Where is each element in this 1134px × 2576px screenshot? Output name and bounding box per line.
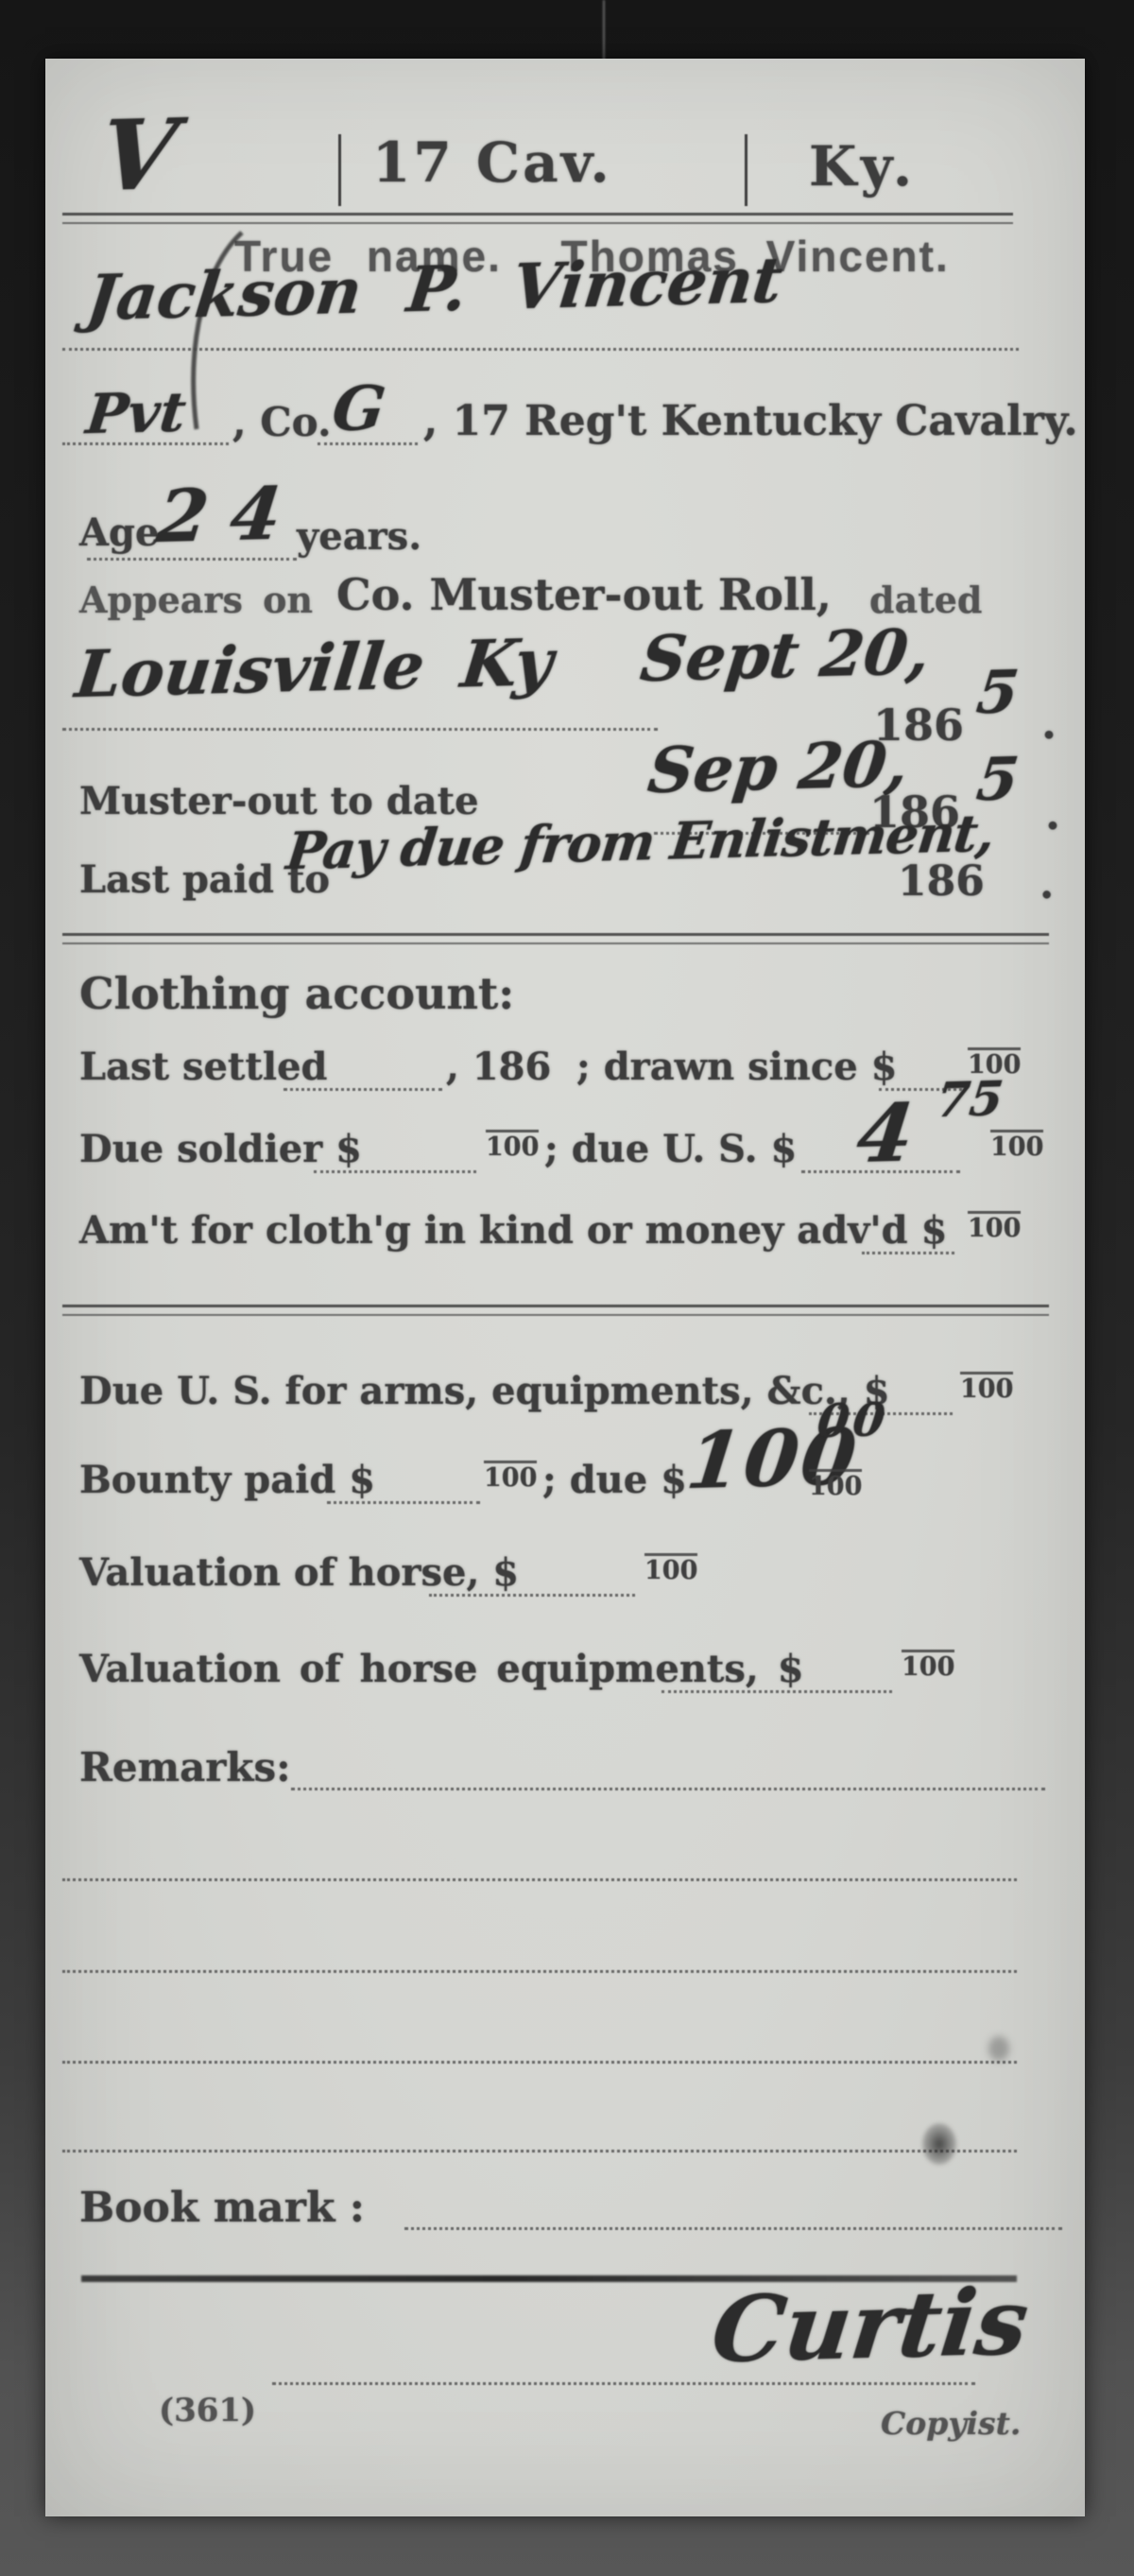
- date-script: Sept 20,: [637, 614, 934, 696]
- muster-period: .: [1045, 788, 1060, 839]
- date-period: .: [1041, 698, 1057, 749]
- drawn-since-label: ; drawn since $: [576, 1045, 897, 1089]
- header-state: Ky.: [809, 134, 919, 199]
- bounty-label: Bounty paid $: [79, 1458, 375, 1502]
- copyist-label: Copyist.: [881, 2405, 1021, 2442]
- age-value-script: 24: [153, 471, 308, 559]
- due-arms-frac: 100: [960, 1372, 1013, 1402]
- company-script: G: [329, 373, 388, 445]
- valuation-equip-dotted: [661, 1690, 892, 1693]
- book-mark-dotted: [404, 2227, 1062, 2230]
- regiment-label: , 17 Reg't Kentucky Cavalry.: [423, 397, 1078, 445]
- due-soldier-label: Due soldier $: [79, 1127, 362, 1171]
- valuation-horse-label: Valuation of horse, $: [79, 1550, 519, 1595]
- age-dotted: [87, 558, 297, 561]
- roll-title: Co. Muster-out Roll,: [336, 569, 832, 620]
- due-soldier-frac: 100: [486, 1130, 539, 1160]
- header-rule: [62, 213, 1013, 224]
- last-settled-label: Last settled: [79, 1045, 328, 1089]
- valuation-horse-frac: 100: [644, 1553, 697, 1583]
- due-soldier-dotted: [314, 1170, 476, 1173]
- header-divider-right: [745, 134, 747, 206]
- valuation-equip-frac: 100: [902, 1650, 954, 1680]
- due-us-amount-script: 4: [852, 1086, 919, 1181]
- bounty-frac1: 100: [484, 1461, 537, 1491]
- due-us-cents-script: 75: [934, 1070, 1006, 1128]
- last-paid-year: 186: [898, 857, 985, 906]
- valuation-equip-label: Valuation of horse equipments, $: [79, 1647, 804, 1691]
- company-dotted: [318, 442, 418, 445]
- book-mark-label: Book mark :: [79, 2184, 365, 2232]
- appears-label: Appears on: [79, 579, 313, 621]
- due-arms-label: Due U. S. for arms, equipments, &c., $: [79, 1369, 890, 1413]
- copyist-signature-script: Curtis: [707, 2268, 1034, 2383]
- header-unit: 17 Cav.: [372, 130, 612, 195]
- place-dotted: [62, 728, 658, 731]
- clothing-heading: Clothing account:: [79, 968, 514, 1019]
- ink-blot: [922, 2123, 956, 2165]
- due-us-label: ; due U. S. $: [544, 1127, 797, 1171]
- valuation-horse-dotted: [429, 1594, 635, 1597]
- amt-advanced-label: Am't for cloth'g in kind or money adv'd …: [79, 1208, 947, 1253]
- section-rule-1: [62, 933, 1049, 944]
- scan-background: V 17 Cav. Ky. True name. Thomas Vincent.…: [0, 0, 1134, 2576]
- due-us-frac: 100: [990, 1130, 1043, 1160]
- bounty-due-label: ; due $: [542, 1458, 687, 1502]
- ink-smudge: [988, 2036, 1009, 2061]
- last-paid-period: .: [1039, 860, 1054, 908]
- header-written-letter: V: [94, 98, 182, 214]
- remarks-dotted-5: [62, 2150, 1017, 2152]
- muster-card: V 17 Cav. Ky. True name. Thomas Vincent.…: [45, 59, 1085, 2516]
- bounty-dotted: [327, 1501, 480, 1504]
- age-label: Age: [79, 510, 159, 555]
- signature-dotted: [272, 2382, 975, 2385]
- plate-number: (361): [159, 2392, 256, 2429]
- bounty-frac2: 100: [809, 1469, 862, 1499]
- amt-advanced-dotted: [862, 1252, 954, 1254]
- header-divider-left: [338, 134, 341, 206]
- rank-script: Pvt: [83, 379, 189, 446]
- last-settled-year: , 186: [446, 1045, 551, 1089]
- rank-dotted: [62, 442, 229, 445]
- age-suffix: years.: [297, 514, 421, 559]
- remarks-label: Remarks:: [79, 1744, 291, 1790]
- remarks-dotted-2: [62, 1878, 1017, 1881]
- company-label: , Co.: [232, 399, 332, 445]
- amt-advanced-frac: 100: [968, 1211, 1021, 1241]
- date-year-written: 5: [973, 657, 1022, 727]
- place-script: Louisville Ky: [72, 625, 557, 713]
- remarks-dotted-4: [62, 2061, 1017, 2064]
- name-dotted-line: [62, 348, 1019, 351]
- bounty-due-cents-script: 00: [815, 1393, 891, 1448]
- section-rule-2: [62, 1305, 1049, 1316]
- remarks-dotted-3: [62, 1970, 1017, 1973]
- last-settled-dotted: [283, 1088, 442, 1091]
- remarks-dotted-1: [291, 1788, 1045, 1790]
